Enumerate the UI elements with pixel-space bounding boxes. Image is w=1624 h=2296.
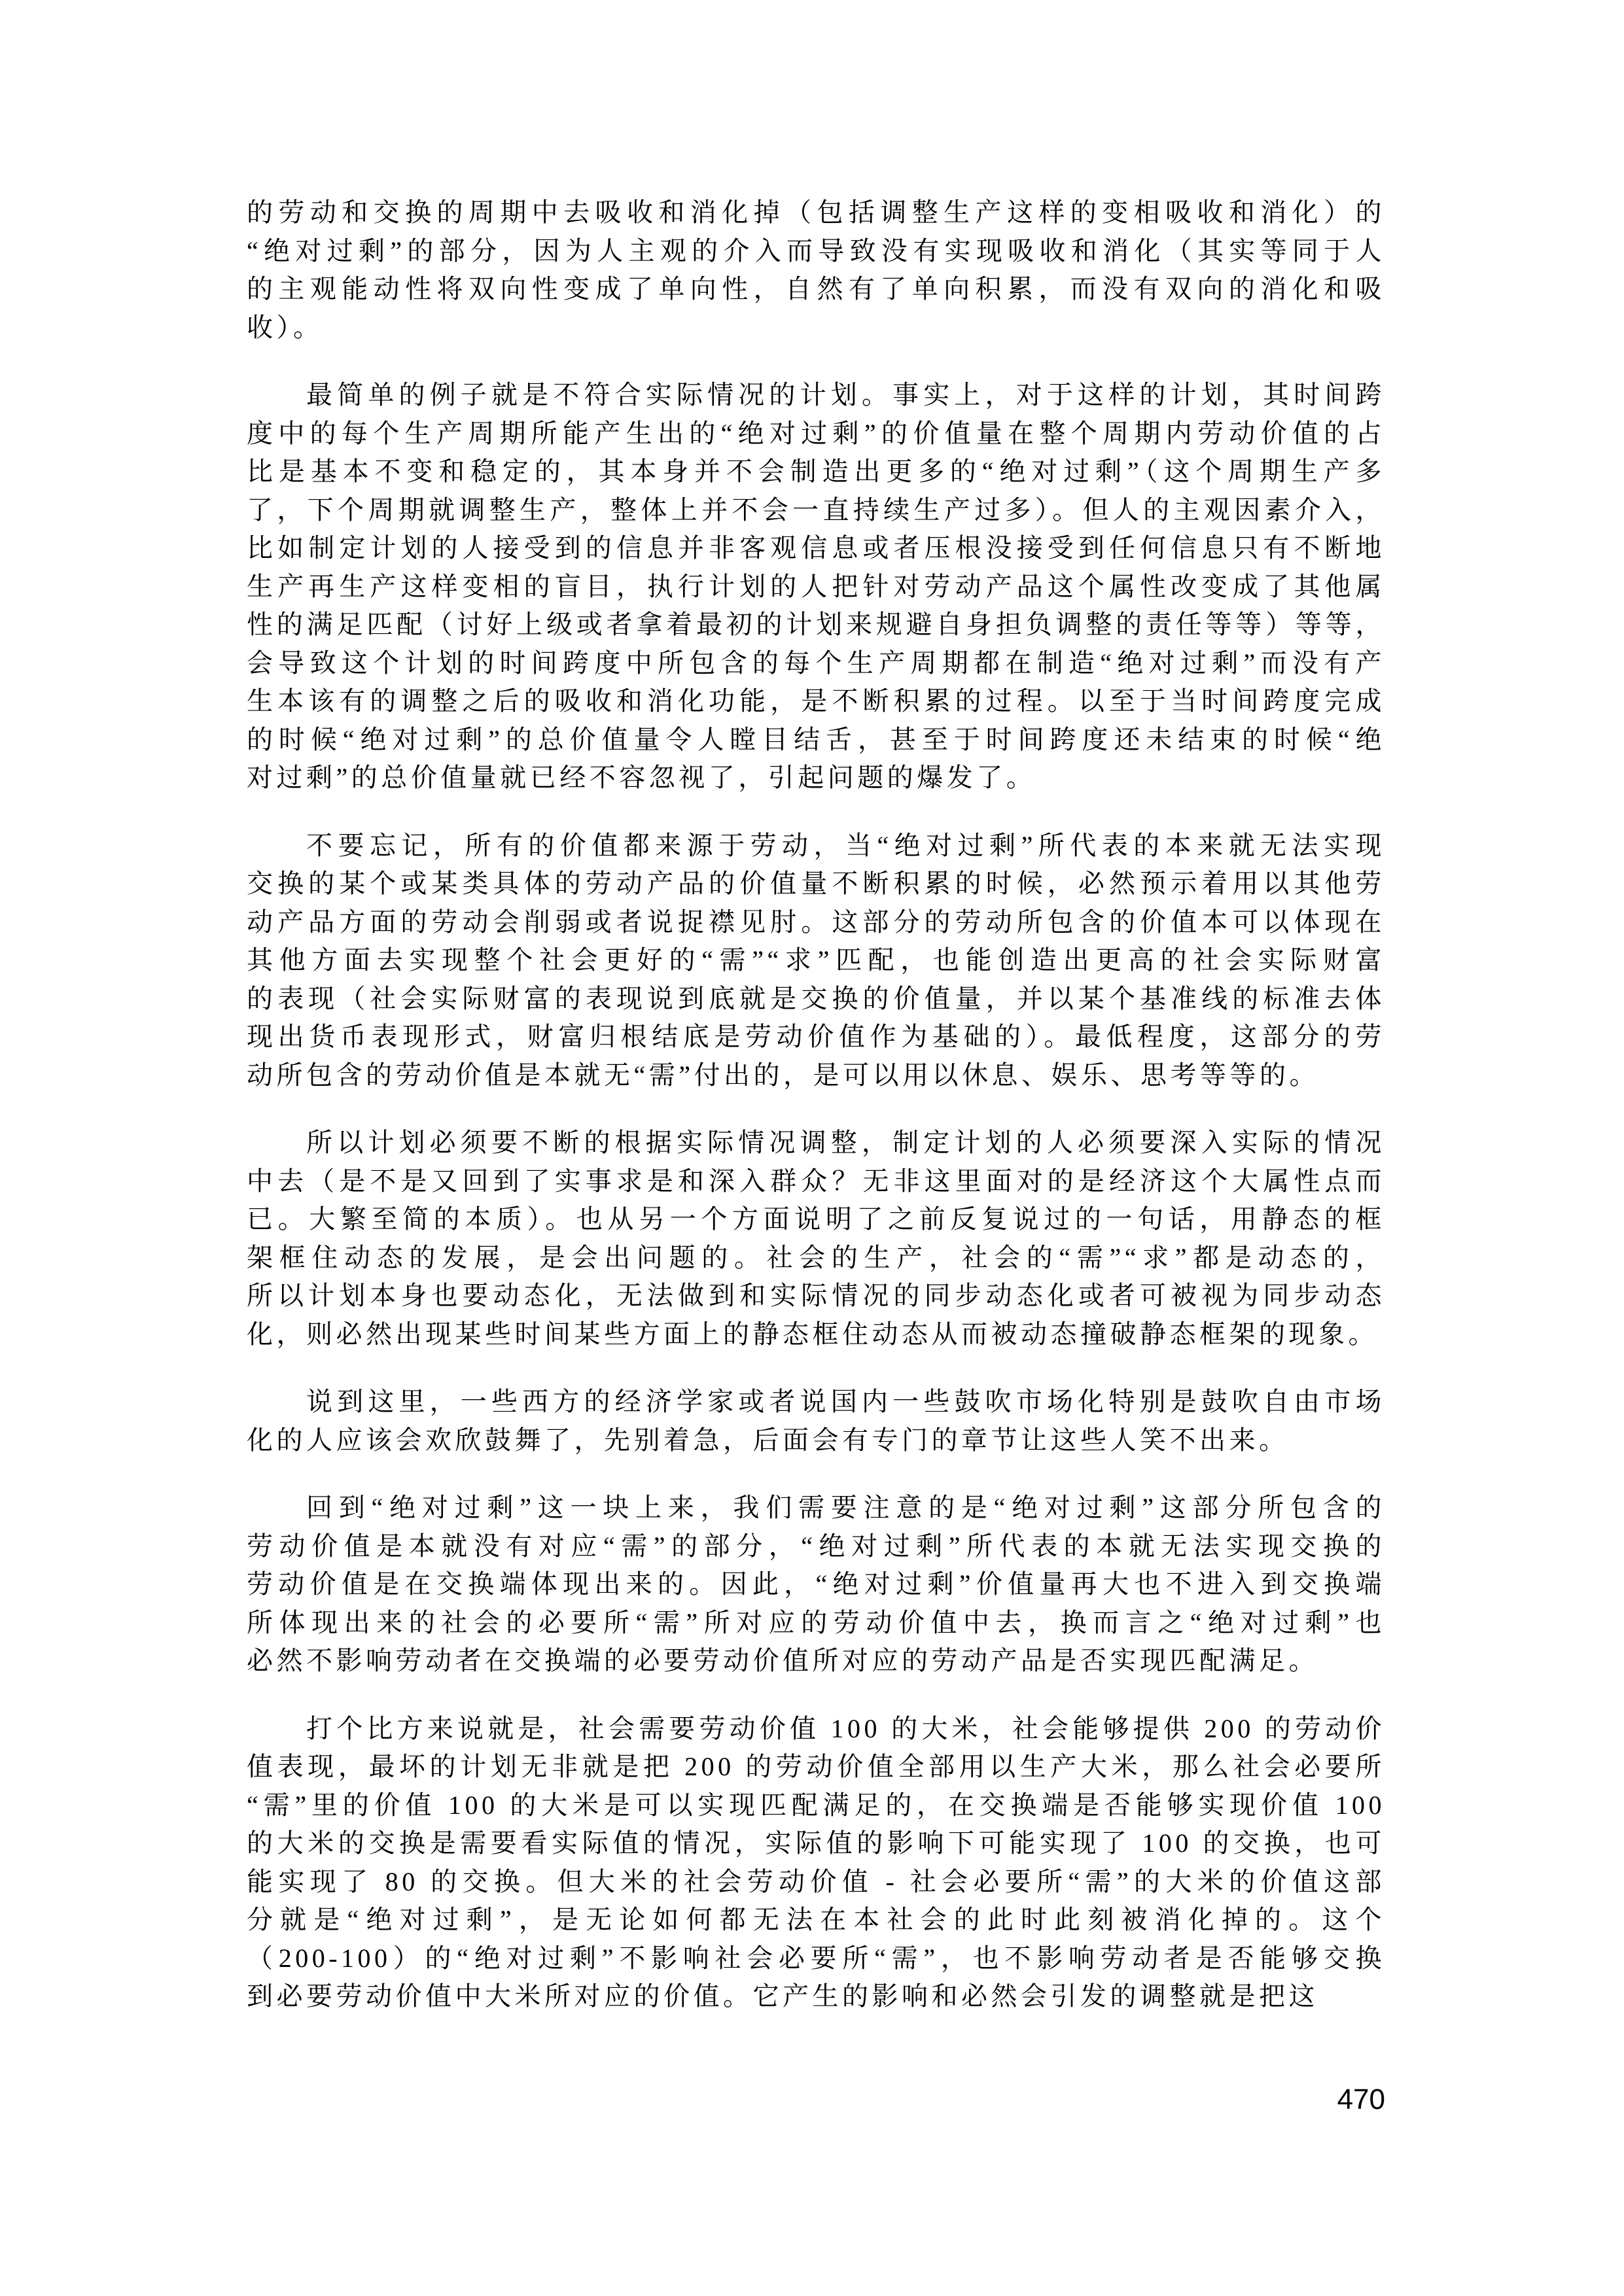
text-line: 动产品方面的劳动会削弱或者说捉襟见肘。这部分的劳动所包含的价值本可以体现在 [247,903,1385,942]
text-line: 生产再生产这样变相的盲目，执行计划的人把针对劳动产品这个属性改变成了其他属 [247,568,1385,606]
text-line: 交换的某个或某类具体的劳动产品的价值量不断积累的时候，必然预示着用以其他劳 [247,865,1385,903]
text-line: 了，下个周期就调整生产，整体上并不会一直持续生产过多）。但人的主观因素介入， [247,491,1385,530]
text-line: 的主观能动性将双向性变成了单向性，自然有了单向积累，而没有双向的消化和吸 [247,270,1385,309]
text-line: 打个比方来说就是，社会需要劳动价值 100 的大米，社会能够提供 200 的劳动… [247,1710,1385,1748]
text-line: 劳动价值是在交换端体现出来的。因此，“绝对过剩”价值量再大也不进入到交换端 [247,1565,1385,1604]
document-page: 的劳动和交换的周期中去吸收和消化掉（包括调整生产这样的变相吸收和消化）的“绝对过… [0,0,1624,2296]
text-line: （200-100）的“绝对过剩”不影响社会必要所“需”，也不影响劳动者是否能够交… [247,1939,1385,1978]
text-line: 必然不影响劳动者在交换端的必要劳动价值所对应的劳动产品是否实现匹配满足。 [247,1642,1385,1680]
text-line: 最简单的例子就是不符合实际情况的计划。事实上，对于这样的计划，其时间跨 [247,376,1385,415]
text-line: 比是基本不变和稳定的，其本身并不会制造出更多的“绝对过剩”（这个周期生产多 [247,453,1385,491]
text-line: 回到“绝对过剩”这一块上来，我们需要注意的是“绝对过剩”这部分所包含的 [247,1489,1385,1527]
text-line: 的时候“绝对过剩”的总价值量令人瞠目结舌，甚至于时间跨度还未结束的时候“绝 [247,721,1385,759]
text-line: 能实现了 80 的交换。但大米的社会劳动价值 - 社会必要所“需”的大米的价值这… [247,1863,1385,1902]
text-line: 不要忘记，所有的价值都来源于劳动，当“绝对过剩”所代表的本来就无法实现 [247,827,1385,865]
text-line: 的表现（社会实际财富的表现说到底就是交换的价值量，并以某个基准线的标准去体 [247,980,1385,1018]
text-line: 收）。 [247,309,1385,347]
text-line: 所以计划本身也要动态化，无法做到和实际情况的同步动态化或者可被视为同步动态 [247,1277,1385,1315]
text-line: 说到这里，一些西方的经济学家或者说国内一些鼓吹市场化特别是鼓吹自由市场 [247,1383,1385,1421]
text-line: 的劳动和交换的周期中去吸收和消化掉（包括调整生产这样的变相吸收和消化）的 [247,194,1385,232]
text-line: 性的满足匹配（讨好上级或者拿着最初的计划来规避自身担负调整的责任等等）等等， [247,606,1385,644]
text-line: 值表现，最坏的计划无非就是把 200 的劳动价值全部用以生产大米，那么社会必要所 [247,1748,1385,1786]
text-line: 会导致这个计划的时间跨度中所包含的每个生产周期都在制造“绝对过剩”而没有产 [247,644,1385,683]
text-line: 比如制定计划的人接受到的信息并非客观信息或者压根没接受到任何信息只有不断地 [247,529,1385,568]
paragraph: 所以计划必须要不断的根据实际情况调整，制定计划的人必须要深入实际的情况中去（是不… [247,1124,1385,1353]
text-line: 度中的每个生产周期所能产生出的“绝对过剩”的价值量在整个周期内劳动价值的占 [247,415,1385,453]
text-line: 分就是“绝对过剩”，是无论如何都无法在本社会的此时此刻被消化掉的。这个 [247,1901,1385,1939]
paragraph: 不要忘记，所有的价值都来源于劳动，当“绝对过剩”所代表的本来就无法实现交换的某个… [247,827,1385,1095]
text-line: 生本该有的调整之后的吸收和消化功能，是不断积累的过程。以至于当时间跨度完成 [247,682,1385,721]
text-line: 所体现出来的社会的必要所“需”所对应的劳动价值中去，换而言之“绝对过剩”也 [247,1604,1385,1643]
text-line: “绝对过剩”的部分，因为人主观的介入而导致没有实现吸收和消化（其实等同于人 [247,232,1385,271]
paragraph: 回到“绝对过剩”这一块上来，我们需要注意的是“绝对过剩”这部分所包含的劳动价值是… [247,1489,1385,1680]
paragraph: 的劳动和交换的周期中去吸收和消化掉（包括调整生产这样的变相吸收和消化）的“绝对过… [247,194,1385,347]
paragraph: 说到这里，一些西方的经济学家或者说国内一些鼓吹市场化特别是鼓吹自由市场化的人应该… [247,1383,1385,1459]
text-line: 对过剩”的总价值量就已经不容忽视了，引起问题的爆发了。 [247,759,1385,797]
text-line: 动所包含的劳动价值是本就无“需”付出的，是可以用以休息、娱乐、思考等等的。 [247,1056,1385,1095]
body-text: 的劳动和交换的周期中去吸收和消化掉（包括调整生产这样的变相吸收和消化）的“绝对过… [247,194,1385,2045]
text-line: 的大米的交换是需要看实际值的情况，实际值的影响下可能实现了 100 的交换，也可 [247,1824,1385,1863]
text-line: 现出货币表现形式，财富归根结底是劳动价值作为基础的）。最低程度，这部分的劳 [247,1018,1385,1056]
text-line: 劳动价值是本就没有对应“需”的部分，“绝对过剩”所代表的本就无法实现交换的 [247,1527,1385,1566]
text-line: 已。大繁至简的本质）。也从另一个方面说明了之前反复说过的一句话，用静态的框 [247,1200,1385,1239]
text-line: 其他方面去实现整个社会更好的“需”“求”匹配，也能创造出更高的社会实际财富 [247,941,1385,980]
text-line: 到必要劳动价值中大米所对应的价值。它产生的影响和必然会引发的调整就是把这 [247,1977,1385,2016]
text-line: 化的人应该会欢欣鼓舞了，先别着急，后面会有专门的章节让这些人笑不出来。 [247,1421,1385,1460]
paragraph: 最简单的例子就是不符合实际情况的计划。事实上，对于这样的计划，其时间跨度中的每个… [247,376,1385,797]
page-number: 470 [247,2085,1385,2114]
text-line: 化，则必然出现某些时间某些方面上的静态框住动态从而被动态撞破静态框架的现象。 [247,1315,1385,1354]
text-line: 中去（是不是又回到了实事求是和深入群众？无非这里面对的是经济这个大属性点而 [247,1162,1385,1201]
text-line: “需”里的价值 100 的大米是可以实现匹配满足的，在交换端是否能够实现价值 1… [247,1786,1385,1825]
paragraph: 打个比方来说就是，社会需要劳动价值 100 的大米，社会能够提供 200 的劳动… [247,1710,1385,2016]
text-line: 所以计划必须要不断的根据实际情况调整，制定计划的人必须要深入实际的情况 [247,1124,1385,1162]
text-line: 架框住动态的发展，是会出问题的。社会的生产，社会的“需”“求”都是动态的， [247,1239,1385,1278]
